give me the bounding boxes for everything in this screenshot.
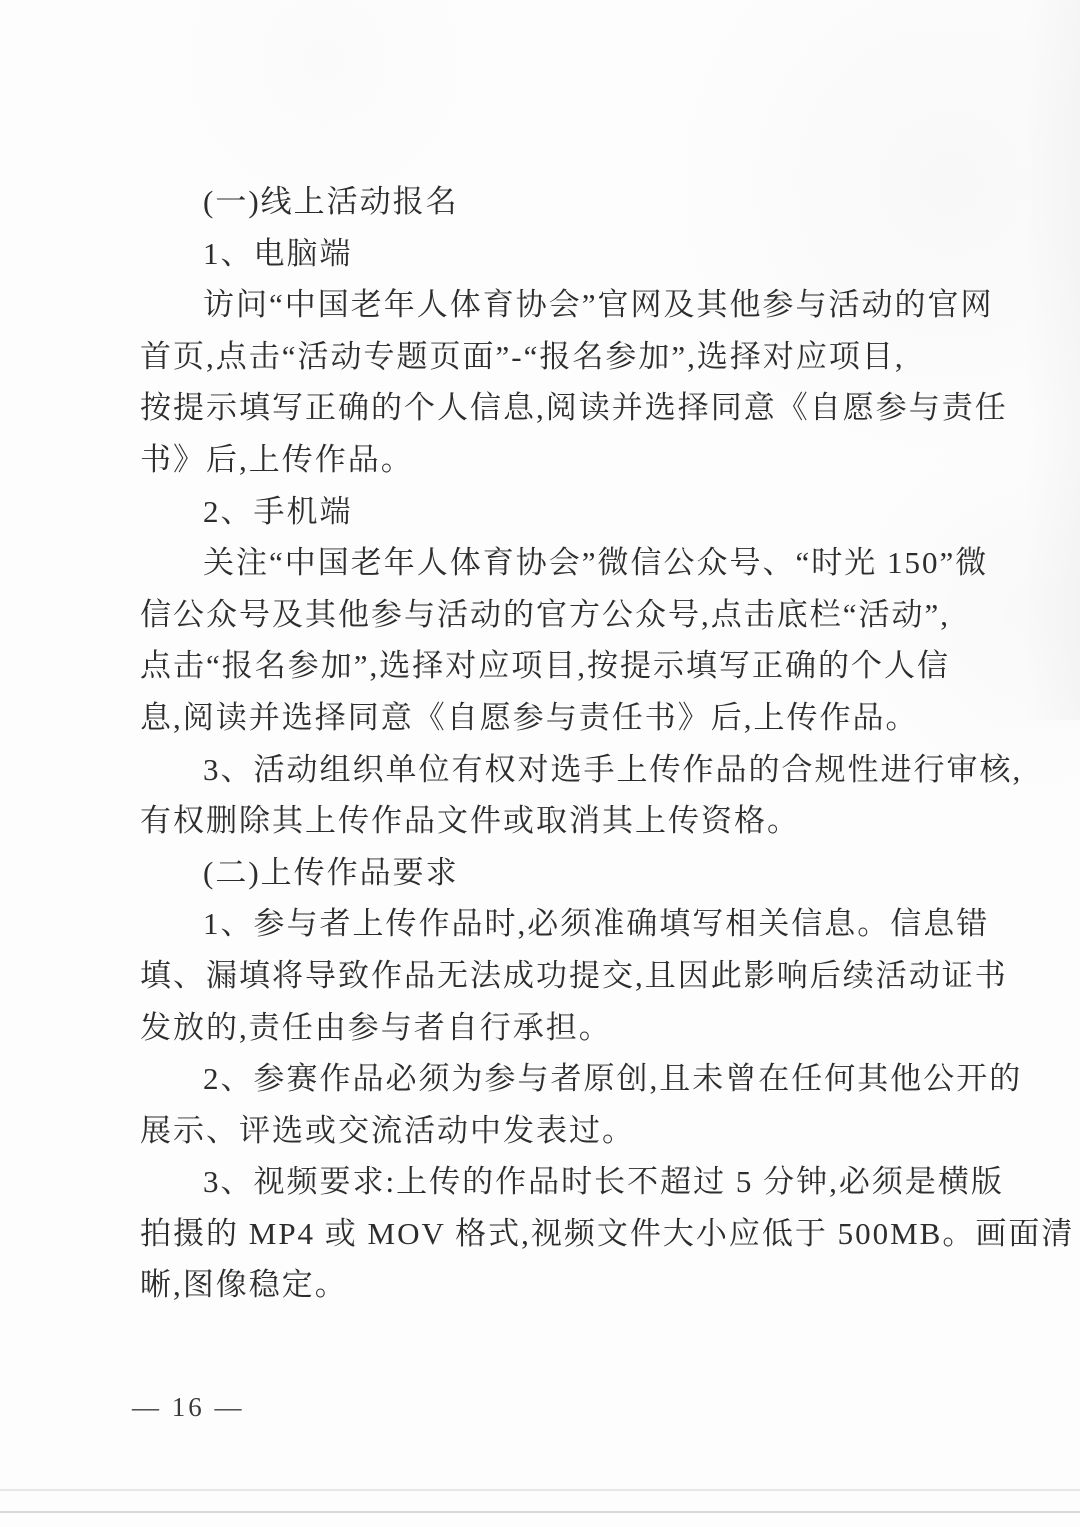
document-body: (一)线上活动报名1、电脑端访问“中国老年人体育协会”官网及其他参与活动的官网首…: [140, 176, 952, 1311]
scanned-document-page: (一)线上活动报名1、电脑端访问“中国老年人体育协会”官网及其他参与活动的官网首…: [0, 0, 1080, 1527]
paragraph: 1、参与者上传作品时,必须准确填写相关信息。信息错填、漏填将导致作品无法成功提交…: [140, 898, 952, 1053]
text-line: 息,阅读并选择同意《自愿参与责任书》后,上传作品。: [140, 692, 952, 744]
page-number: — 16 —: [132, 1392, 245, 1423]
text-line: 发放的,责任由参与者自行承担。: [140, 1002, 952, 1054]
text-line: 有权删除其上传作品文件或取消其上传资格。: [140, 795, 952, 847]
text-line: 首页,点击“活动专题页面”-“报名参加”,选择对应项目,: [140, 331, 952, 383]
scan-noise-right-edge: [1025, 0, 1080, 720]
text-line: 按提示填写正确的个人信息,阅读并选择同意《自愿参与责任: [140, 382, 952, 434]
text-line: 填、漏填将导致作品无法成功提交,且因此影响后续活动证书: [140, 950, 952, 1002]
text-line: 拍摄的 MP4 或 MOV 格式,视频文件大小应低于 500MB。画面清: [140, 1208, 952, 1260]
text-line: 书》后,上传作品。: [140, 434, 952, 486]
paragraph: 访问“中国老年人体育协会”官网及其他参与活动的官网首页,点击“活动专题页面”-“…: [140, 279, 952, 485]
paragraph: 关注“中国老年人体育协会”微信公众号、“时光 150”微信公众号及其他参与活动的…: [140, 537, 952, 743]
text-line: 信公众号及其他参与活动的官方公众号,点击底栏“活动”,: [140, 589, 952, 641]
text-line: 3、视频要求:上传的作品时长不超过 5 分钟,必须是横版: [140, 1156, 952, 1208]
text-line: 2、手机端: [140, 486, 952, 538]
list-item: 2、手机端: [140, 486, 952, 538]
text-line: 晰,图像稳定。: [140, 1259, 952, 1311]
section-heading: (二)上传作品要求: [140, 847, 952, 899]
paragraph: 3、活动组织单位有权对选手上传作品的合规性进行审核,有权删除其上传作品文件或取消…: [140, 744, 952, 847]
text-line: 展示、评选或交流活动中发表过。: [140, 1105, 952, 1157]
scan-artifact-line-upper: [0, 1489, 1080, 1491]
list-item: 1、电脑端: [140, 228, 952, 280]
paragraph: 2、参赛作品必须为参与者原创,且未曾在任何其他公开的展示、评选或交流活动中发表过…: [140, 1053, 952, 1156]
text-line: 3、活动组织单位有权对选手上传作品的合规性进行审核,: [140, 744, 952, 796]
text-line: 2、参赛作品必须为参与者原创,且未曾在任何其他公开的: [140, 1053, 952, 1105]
text-line: 访问“中国老年人体育协会”官网及其他参与活动的官网: [140, 279, 952, 331]
text-line: (二)上传作品要求: [140, 847, 952, 899]
scan-artifact-line-lower: [0, 1511, 1080, 1513]
text-line: 1、电脑端: [140, 228, 952, 280]
text-line: 关注“中国老年人体育协会”微信公众号、“时光 150”微: [140, 537, 952, 589]
text-line: 1、参与者上传作品时,必须准确填写相关信息。信息错: [140, 898, 952, 950]
text-line: 点击“报名参加”,选择对应项目,按提示填写正确的个人信: [140, 640, 952, 692]
text-line: (一)线上活动报名: [140, 176, 952, 228]
section-heading: (一)线上活动报名: [140, 176, 952, 228]
paragraph: 3、视频要求:上传的作品时长不超过 5 分钟,必须是横版拍摄的 MP4 或 MO…: [140, 1156, 952, 1311]
